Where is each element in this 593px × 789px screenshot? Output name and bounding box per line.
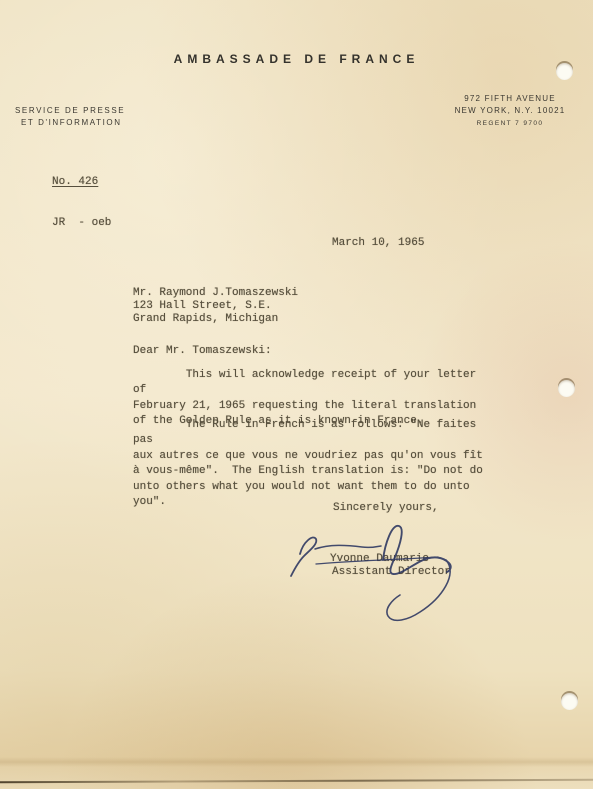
letter-date: March 10, 1965 bbox=[332, 236, 424, 251]
reference-initials: JR - oeb bbox=[52, 217, 111, 231]
punch-hole-top bbox=[556, 63, 573, 80]
signature-stroke-flourish bbox=[383, 526, 451, 574]
reference-number: No. 426 bbox=[52, 176, 111, 190]
signature-stroke-strike bbox=[316, 557, 438, 564]
punch-hole-middle bbox=[558, 380, 575, 397]
service-line-1: SERVICE DE PRESSE bbox=[15, 105, 125, 117]
salutation: Dear Mr. Tomaszewski: bbox=[133, 344, 272, 359]
paper-edge-line bbox=[0, 779, 593, 784]
address-line-2: NEW YORK, N.Y. 10021 bbox=[448, 105, 572, 117]
address-line-1: 972 FIFTH AVENUE bbox=[448, 93, 572, 105]
signature-stroke-y bbox=[291, 537, 316, 576]
handwritten-signature bbox=[286, 516, 482, 632]
letterhead-address-block: 972 FIFTH AVENUE NEW YORK, N.Y. 10021 RE… bbox=[448, 93, 572, 130]
recipient-address: Mr. Raymond J.Tomaszewski 123 Hall Stree… bbox=[133, 287, 298, 326]
paper-crease-shadow bbox=[0, 757, 593, 767]
address-phone: REGENT 7 9700 bbox=[448, 118, 572, 130]
letterhead-title: AMBASSADE DE FRANCE bbox=[0, 52, 593, 66]
signature-stroke-dash bbox=[315, 545, 381, 549]
closing-phrase: Sincerely yours, bbox=[333, 501, 439, 516]
letterhead-service-block: SERVICE DE PRESSE ET D'INFORMATION bbox=[15, 105, 125, 129]
reference-block: No. 426 JR - oeb bbox=[52, 149, 111, 257]
service-line-2: ET D'INFORMATION bbox=[15, 117, 125, 129]
body-paragraph-2: The Rule in French is as follows: "Ne fa… bbox=[133, 418, 495, 510]
scanned-letter: AMBASSADE DE FRANCE SERVICE DE PRESSE ET… bbox=[0, 0, 593, 789]
punch-hole-bottom bbox=[561, 693, 578, 710]
signature-stroke-paraph bbox=[387, 560, 450, 620]
